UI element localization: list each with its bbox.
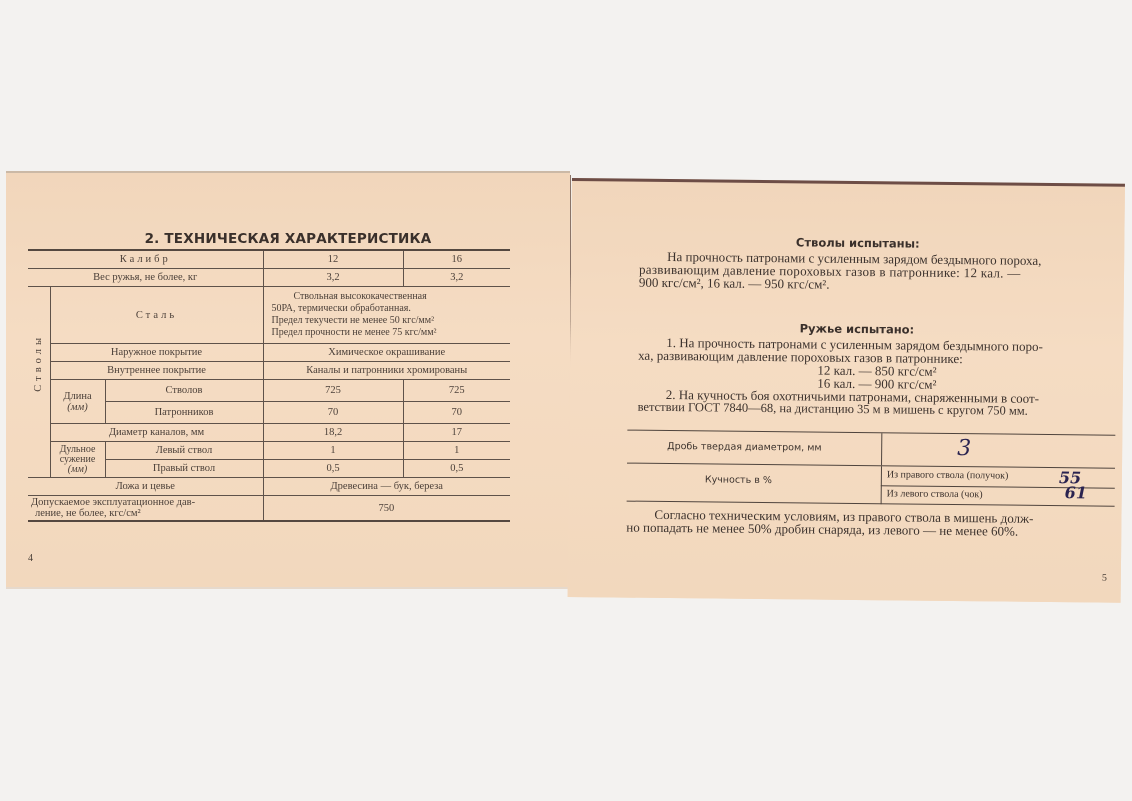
accuracy-label: Кучность в %	[705, 474, 772, 486]
outer-coating-value: Химическое окрашивание	[263, 344, 510, 362]
table-row: Дульное сужение (мм) Левый ствол 1 1	[28, 442, 510, 460]
table-row: Кучность в % Из правого ствола (получок)…	[627, 463, 1115, 507]
right-page: Стволы испытаны: На прочность патронами …	[568, 178, 1125, 603]
barrels-length-label: Стволов	[105, 380, 263, 402]
spec-table: Калибр 12 16 Вес ружья, не более, кг 3,2…	[28, 249, 510, 522]
page-title: 2. ТЕХНИЧЕСКАЯ ХАРАКТЕРИСТИКА	[6, 231, 570, 247]
bore-16: 17	[403, 424, 510, 442]
barrels-group-cell: Стволы	[28, 287, 50, 442]
table-row: Наружное покрытие Химическое окрашивание	[28, 344, 510, 362]
accuracy-results-table: Дробь твердая диаметром, мм 3 Кучность в…	[627, 430, 1116, 507]
weight-12: 3,2	[263, 269, 403, 287]
gun-tested-text: 1. На прочность патронами с усиленным за…	[638, 336, 1117, 419]
left-barrel-choke-label: Левый ствол	[105, 442, 263, 460]
caliber-12: 12	[263, 250, 403, 269]
table-row: Допускаемое эксплуатационное дав- ление,…	[28, 496, 510, 522]
barrels-length-12: 725	[263, 380, 403, 402]
right-barrel-choke-16: 0,5	[403, 460, 510, 478]
chambers-length-label: Патронников	[105, 402, 263, 424]
table-row: Диаметр каналов, мм 18,2 17	[28, 424, 510, 442]
right-barrel-choke-12: 0,5	[263, 460, 403, 478]
table-row: Калибр 12 16	[28, 250, 510, 269]
choke-label-cell: Дульное сужение (мм)	[50, 442, 105, 478]
left-barrel-choke-12: 1	[263, 442, 403, 460]
page-number: 5	[1102, 573, 1107, 584]
inner-coating-value: Каналы и патронники хромированы	[263, 362, 510, 380]
chambers-length-16: 70	[403, 402, 510, 424]
length-label-cell: Длина (мм)	[50, 380, 105, 424]
caliber-16: 16	[403, 250, 510, 269]
conclusion-text: Согласно техническим условиям, из правог…	[626, 508, 1114, 539]
stock-label: Ложа и цевье	[28, 478, 263, 496]
weight-label: Вес ружья, не более, кг	[28, 269, 263, 287]
bore-12: 18,2	[263, 424, 403, 442]
bore-label: Диаметр каналов, мм	[50, 424, 263, 442]
pressure-value: 750	[263, 496, 510, 522]
shot-label: Дробь твердая диаметром, мм	[667, 441, 821, 454]
left-barrel-value: 61	[1065, 483, 1087, 502]
page-number: 4	[28, 553, 33, 564]
barrels-group-label: Стволы	[33, 334, 44, 392]
weight-16: 3,2	[403, 269, 510, 287]
table-row: Длина (мм) Стволов 725 725	[28, 380, 510, 402]
left-barrel-choke-16: 1	[403, 442, 510, 460]
left-barrel-label: Из левого ствола (чок)	[887, 488, 983, 500]
pressure-label: Допускаемое эксплуатационное дав- ление,…	[28, 496, 263, 522]
caliber-label: Калибр	[28, 250, 263, 269]
shot-value: 3	[957, 436, 971, 461]
barrels-tested-text: На прочность патронами с усиленным заряд…	[639, 250, 1117, 294]
table-row: Вес ружья, не более, кг 3,2 3,2	[28, 269, 510, 287]
outer-coating-label: Наружное покрытие	[50, 344, 263, 362]
chambers-length-12: 70	[263, 402, 403, 424]
steel-value: Ствольная высококачественная 50РА, терми…	[263, 287, 510, 344]
right-barrel-choke-label: Правый ствол	[105, 460, 263, 478]
table-row: Стволы Сталь Ствольная высококачественна…	[28, 287, 510, 344]
inner-coating-label: Внутреннее покрытие	[50, 362, 263, 380]
stock-value: Древесина — бук, береза	[263, 478, 510, 496]
table-row: Ложа и цевье Древесина — бук, береза	[28, 478, 510, 496]
barrels-length-16: 725	[403, 380, 510, 402]
table-row: Дробь твердая диаметром, мм 3	[627, 430, 1115, 468]
steel-label: Сталь	[50, 287, 263, 344]
left-page: 2. ТЕХНИЧЕСКАЯ ХАРАКТЕРИСТИКА Калибр 12 …	[6, 171, 570, 587]
right-barrel-label: Из правого ствола (получок)	[887, 469, 1009, 481]
table-row: Внутреннее покрытие Каналы и патронники …	[28, 362, 510, 380]
